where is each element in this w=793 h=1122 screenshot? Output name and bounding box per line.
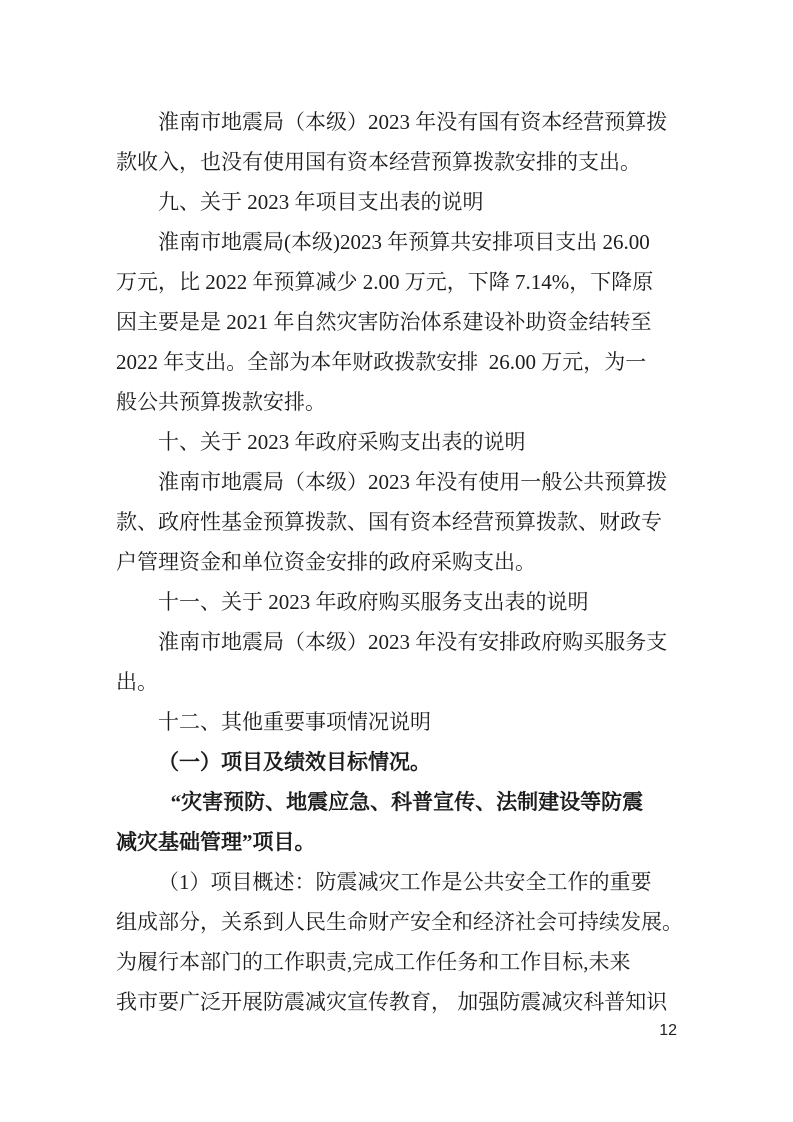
subheading-project-performance-goals: （一）项目及绩效目标情况。	[116, 742, 716, 782]
subheading-project-name: “灾害预防、地震应急、科普宣传、法制建设等防震 减灾基础管理”项目。	[116, 782, 716, 862]
page-number: 12	[659, 1022, 677, 1040]
heading-section-10-gov-procurement: 十、关于 2023 年政府采购支出表的说明	[116, 422, 716, 462]
para-project-overview: （1）项目概述：防震减灾工作是公共安全工作的重要 组成部分，关系到人民生命财产安…	[116, 862, 716, 1022]
para-project-expenditure-detail: 淮南市地震局(本级)2023 年预算共安排项目支出 26.00 万元，比 202…	[116, 222, 716, 422]
para-gov-procurement-note: 淮南市地震局（本级）2023 年没有使用一般公共预算拨 款、政府性基金预算拨款、…	[116, 462, 716, 582]
para-state-capital-budget-note: 淮南市地震局（本级）2023 年没有国有资本经营预算拨 款收入，也没有使用国有资…	[116, 102, 716, 182]
heading-section-9-project-expenditure: 九、关于 2023 年项目支出表的说明	[116, 182, 716, 222]
document-body-text: 淮南市地震局（本级）2023 年没有国有资本经营预算拨 款收入，也没有使用国有资…	[116, 102, 716, 1022]
document-page: 淮南市地震局（本级）2023 年没有国有资本经营预算拨 款收入，也没有使用国有资…	[0, 0, 793, 1122]
para-gov-purchased-services-note: 淮南市地震局（本级）2023 年没有安排政府购买服务支 出。	[116, 622, 716, 702]
heading-section-11-gov-purchased-services: 十一、关于 2023 年政府购买服务支出表的说明	[116, 582, 716, 622]
heading-section-12-other-items: 十二、其他重要事项情况说明	[116, 702, 716, 742]
